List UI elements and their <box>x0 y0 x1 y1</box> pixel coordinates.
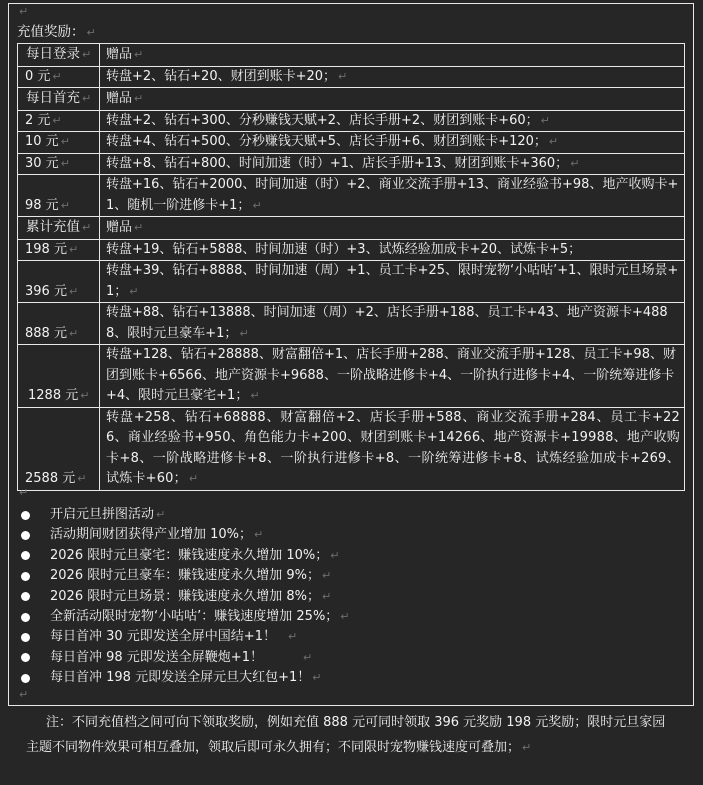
list-item: 每日首冲 198 元即发送全屏元旦大红包+1！↵ <box>17 668 350 688</box>
table-row: 2 元↵ 转盘+2、钻石+300、分秒赚钱天赋+2、店长手册+2、财团到账卡+6… <box>18 110 685 132</box>
table-row: 2588 元↵ 转盘+258、钻石+68888、财富翻倍+2、店长手册+588、… <box>18 407 685 490</box>
paragraph-mark-icon: ↵ <box>254 525 263 545</box>
gifts-cell: 转盘+258、钻石+68888、财富翻倍+2、店长手册+588、商业交流手册+2… <box>100 407 685 490</box>
list-item: 每日首冲 98 元即发送全屏鞭炮+1！↵ <box>17 648 350 668</box>
bullet-icon <box>21 572 30 581</box>
paragraph-mark-icon: ↵ <box>19 5 28 18</box>
paragraph-mark-icon: ↵ <box>69 327 78 340</box>
paragraph-mark-icon: ↵ <box>340 607 349 627</box>
gifts-cell: 转盘+2、钻石+20、财团到账卡+20；↵ <box>100 66 685 88</box>
paragraph-mark-icon: ↵ <box>82 221 91 234</box>
paragraph-mark-icon: ↵ <box>252 199 261 212</box>
paragraph-mark-icon: ↵ <box>330 546 339 566</box>
header-gift-cell: 赠品↵ <box>100 44 685 67</box>
paragraph-mark-after-list: ↵ <box>17 686 28 704</box>
table-row: 10 元↵ 转盘+4、钻石+500、分秒赚钱天赋+5、店长手册+6、财团到账卡+… <box>18 132 685 154</box>
footnote: 注：不同充值档之间可向下领取奖励，例如充值 888 元可同时领取 396 元奖励… <box>26 710 666 760</box>
bullet-icon <box>21 511 30 520</box>
bullet-icon <box>21 633 30 642</box>
amount-cell: 396 元↵ <box>18 261 100 303</box>
amount-cell: 888 元↵ <box>18 303 100 345</box>
gifts-cell: 转盘+16、钻石+2000、时间加速（时）+2、商业交流手册+13、商业经验书+… <box>100 175 685 217</box>
paragraph-mark-icon: ↵ <box>61 199 70 212</box>
paragraph-mark-icon: ↵ <box>322 587 331 607</box>
gifts-cell: 转盘+4、钻石+500、分秒赚钱天赋+5、店长手册+6、财团到账卡+120；↵ <box>100 132 685 154</box>
paragraph-mark-icon: ↵ <box>134 92 143 105</box>
table-row: 888 元↵ 转盘+88、钻石+13888、时间加速（周）+2、店长手册+188… <box>18 303 685 345</box>
amount-cell: 1288 元↵ <box>18 345 100 408</box>
bullet-icon <box>21 613 30 622</box>
list-item: 2026 限时元旦豪宅：赚钱速度永久增加 10%；↵ <box>17 546 350 566</box>
paragraph-mark-icon: ↵ <box>19 486 28 499</box>
table-row: 1288 元↵ 转盘+128、钻石+28888、财富翻倍+1、店长手册+288、… <box>18 345 685 408</box>
table-row: 30 元↵ 转盘+8、钻石+800、时间加速（时）+1、店长手册+13、财团到账… <box>18 153 685 175</box>
section-title: 充值奖励：↵ <box>17 22 96 42</box>
paragraph-mark-icon: ↵ <box>189 472 198 485</box>
list-item: 全新活动限时宠物‘小咕咕’：赚钱速度增加 25%；↵ <box>17 607 350 627</box>
header-cell: 每日首充↵ <box>18 88 100 111</box>
bullet-icon <box>21 674 30 683</box>
paragraph-mark-icon: ↵ <box>239 327 248 340</box>
paragraph-mark-icon: ↵ <box>338 70 347 83</box>
amount-cell: 30 元↵ <box>18 153 100 175</box>
paragraph-mark-icon: ↵ <box>82 48 91 61</box>
list-item: 2026 限时元旦豪车：赚钱速度永久增加 9%；↵ <box>17 566 350 586</box>
list-item: 开启元旦拼图活动↵ <box>17 505 350 525</box>
amount-cell: 2588 元↵ <box>18 407 100 490</box>
bullet-icon <box>21 551 30 560</box>
gifts-cell: 转盘+19、钻石+5888、时间加速（时）+3、试炼经验加成卡+20、试炼卡+5… <box>100 239 685 261</box>
gifts-cell: 转盘+128、钻石+28888、财富翻倍+1、店长手册+288、商业交流手册+1… <box>100 345 685 408</box>
paragraph-mark-icon: ↵ <box>19 688 28 701</box>
paragraph-mark-icon: ↵ <box>322 566 331 586</box>
amount-cell: 0 元↵ <box>18 66 100 88</box>
header-cell: 累计充值↵ <box>18 217 100 240</box>
paragraph-mark-icon: ↵ <box>69 285 78 298</box>
list-item: 2026 限时元旦场景：赚钱速度永久增加 8%；↵ <box>17 587 350 607</box>
table-header-row: 每日首充↵ 赠品↵ <box>18 88 685 111</box>
paragraph-mark-icon: ↵ <box>87 26 96 39</box>
paragraph-mark-icon: ↵ <box>61 157 70 170</box>
list-item: 每日首冲 30 元即发送全屏中国结+1！↵ <box>17 627 350 647</box>
header-gift-cell: 赠品↵ <box>100 88 685 111</box>
table-header-row: 每日登录↵ 赠品↵ <box>18 44 685 67</box>
feature-bullet-list: 开启元旦拼图活动↵ 活动期间财团获得产业增加 10%；↵ 2026 限时元旦豪宅… <box>17 505 350 689</box>
table-row: 198 元↵ 转盘+19、钻石+5888、时间加速（时）+3、试炼经验加成卡+2… <box>18 239 685 261</box>
gifts-cell: 转盘+88、钻石+13888、时间加速（周）+2、店长手册+188、员工卡+43… <box>100 303 685 345</box>
paragraph-mark-icon: ↵ <box>134 221 143 234</box>
amount-cell: 10 元↵ <box>18 132 100 154</box>
header-gift-cell: 赠品↵ <box>100 217 685 240</box>
section-title-text: 充值奖励： <box>17 24 85 40</box>
table-header-row: 累计充值↵ 赠品↵ <box>18 217 685 240</box>
bullet-icon <box>21 653 30 662</box>
amount-cell: 198 元↵ <box>18 239 100 261</box>
paragraph-mark-icon: ↵ <box>522 741 531 754</box>
paragraph-mark-icon: ↵ <box>570 157 579 170</box>
table-row: 0 元↵ 转盘+2、钻石+20、财团到账卡+20；↵ <box>18 66 685 88</box>
paragraph-mark-icon: ↵ <box>549 135 558 148</box>
paragraph-mark-icon: ↵ <box>156 505 165 525</box>
amount-cell: 2 元↵ <box>18 110 100 132</box>
amount-cell: 98 元↵ <box>18 175 100 217</box>
bullet-icon <box>21 592 30 601</box>
paragraph-mark-icon: ↵ <box>303 648 312 668</box>
paragraph-mark-icon: ↵ <box>541 114 550 127</box>
header-cell: 每日登录↵ <box>18 44 100 67</box>
paragraph-mark-icon: ↵ <box>82 92 91 105</box>
paragraph-mark-icon: ↵ <box>134 48 143 61</box>
gifts-cell: 转盘+39、钻石+8888、时间加速（周）+1、员工卡+25、限时宠物‘小咕咕’… <box>100 261 685 303</box>
table-row: 396 元↵ 转盘+39、钻石+8888、时间加速（周）+1、员工卡+25、限时… <box>18 261 685 303</box>
paragraph-mark-after-table: ↵ <box>17 484 28 502</box>
rewards-table: 每日登录↵ 赠品↵ 0 元↵ 转盘+2、钻石+20、财团到账卡+20；↵ 每日首… <box>17 43 685 491</box>
paragraph-mark-icon: ↵ <box>77 472 86 485</box>
paragraph-mark-icon: ↵ <box>250 389 259 402</box>
paragraph-mark-icon: ↵ <box>129 285 138 298</box>
paragraph-mark-icon: ↵ <box>52 114 61 127</box>
bullet-icon <box>21 531 30 540</box>
paragraph-mark-icon: ↵ <box>61 135 70 148</box>
paragraph-mark-icon: ↵ <box>312 668 321 688</box>
gifts-cell: 转盘+2、钻石+300、分秒赚钱天赋+2、店长手册+2、财团到账卡+60；↵ <box>100 110 685 132</box>
paragraph-mark-icon: ↵ <box>288 627 297 647</box>
list-item: 活动期间财团获得产业增加 10%；↵ <box>17 525 350 545</box>
table-row: 98 元↵ 转盘+16、钻石+2000、时间加速（时）+2、商业交流手册+13、… <box>18 175 685 217</box>
paragraph-mark-icon: ↵ <box>52 70 61 83</box>
paragraph-mark-icon: ↵ <box>69 243 78 256</box>
paragraph-mark-top: ↵ <box>17 3 28 21</box>
paragraph-mark-icon: ↵ <box>80 389 89 402</box>
gifts-cell: 转盘+8、钻石+800、时间加速（时）+1、店长手册+13、财团到账卡+360；… <box>100 153 685 175</box>
